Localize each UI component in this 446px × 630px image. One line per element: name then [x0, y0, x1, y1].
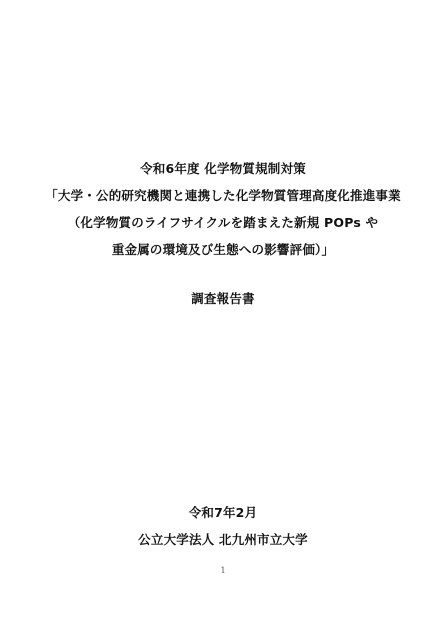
fiscal-year-program-title: 令和6年度 化学物質規制対策: [0, 161, 446, 177]
organization-name: 公立大学法人 北九州市立大学: [0, 532, 446, 548]
project-title-line-2: （化学物質のライフサイクルを踏まえた新規 POPs や: [0, 215, 446, 231]
document-page: 令和6年度 化学物質規制対策 「大学・公的研究機関と連携した化学物質管理高度化推…: [0, 0, 446, 630]
page-number: 1: [0, 566, 446, 576]
report-date: 令和7年2月: [0, 505, 446, 521]
project-title-line-1: 「大学・公的研究機関と連携した化学物質管理高度化推進事業: [0, 188, 446, 204]
project-title-line-3: 重金属の環境及び生態への影響評価）」: [0, 242, 446, 258]
report-type: 調査報告書: [0, 291, 446, 307]
